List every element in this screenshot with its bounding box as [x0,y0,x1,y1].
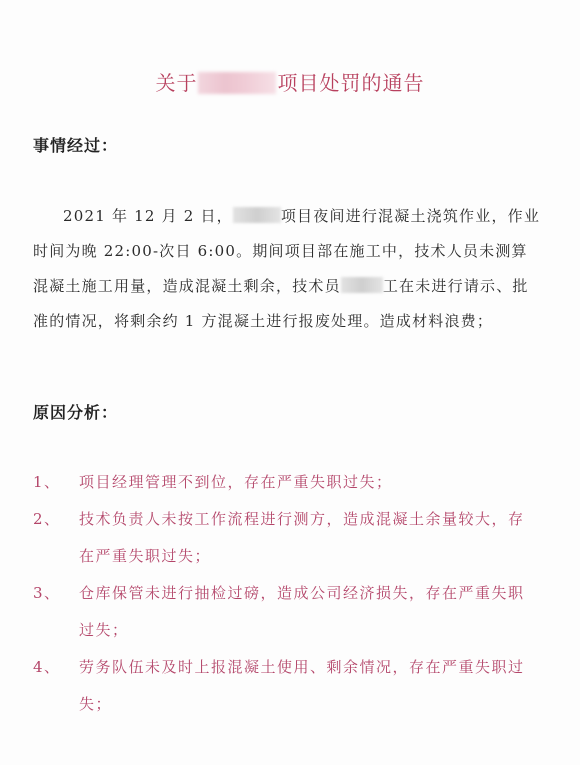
list-item-line: 技术负责人未按工作流程进行测方，造成混凝土余量较大，存 [79,501,563,538]
paragraph-line: 时间为晚 22:00-次日 6:00。期间项目部在施工中，技术人员未测算 [33,234,553,269]
redacted-project-name [233,207,281,223]
redacted-project-name [198,72,276,94]
line-text: 2021 年 12 月 2 日， [63,207,233,225]
list-item-text: 仓库保管未进行抽检过磅，造成公司经济损失，存在严重失职 过失； [79,575,563,649]
list-item-text: 项目经理管理不到位，存在严重失职过失； [79,464,563,501]
list-item-line: 项目经理管理不到位，存在严重失职过失； [79,464,563,501]
list-item-line: 在严重失职过失； [79,538,563,575]
list-item-text: 技术负责人未按工作流程进行测方，造成混凝土余量较大，存 在严重失职过失； [79,501,563,575]
list-item-number: 3、 [33,575,73,612]
list-item: 3、 仓库保管未进行抽检过磅，造成公司经济损失，存在严重失职 过失； [33,575,563,649]
list-item-line: 仓库保管未进行抽检过磅，造成公司经济损失，存在严重失职 [79,575,563,612]
redacted-person-name [341,277,383,293]
list-item: 4、 劳务队伍未及时上报混凝土使用、剩余情况，存在严重失职过 失； [33,649,563,723]
list-item-number: 4、 [33,649,73,686]
list-item-line: 劳务队伍未及时上报混凝土使用、剩余情况，存在严重失职过 [79,649,563,686]
list-item-text: 劳务队伍未及时上报混凝土使用、剩余情况，存在严重失职过 失； [79,649,563,723]
list-item-number: 1、 [33,464,73,501]
title-prefix: 关于 [156,71,198,95]
list-item-number: 2、 [33,501,73,538]
paragraph-line: 混凝土施工用量，造成混凝土剩余，技术员工在未进行请示、批 [33,269,553,304]
line-text: 混凝土施工用量，造成混凝土剩余，技术员 [33,277,341,295]
section-heading-incident: 事情经过： [33,133,118,156]
list-item-line: 过失； [79,612,563,649]
line-text: 项目夜间进行混凝土浇筑作业，作业 [281,207,540,225]
document-title: 关于项目处罚的通告 [0,67,580,96]
paragraph-line: 准的情况，将剩余约 1 方混凝土进行报废处理。造成材料浪费； [33,304,553,339]
list-item: 2、 技术负责人未按工作流程进行测方，造成混凝土余量较大，存 在严重失职过失； [33,501,563,575]
list-item: 1、 项目经理管理不到位，存在严重失职过失； [33,464,563,501]
paragraph-line: 2021 年 12 月 2 日，项目夜间进行混凝土浇筑作业，作业 [33,199,553,234]
list-item-line: 失； [79,686,563,723]
title-suffix: 项目处罚的通告 [278,71,425,95]
section-heading-cause-analysis: 原因分析： [33,400,118,423]
line-text: 工在未进行请示、批 [383,277,529,295]
incident-paragraph: 2021 年 12 月 2 日，项目夜间进行混凝土浇筑作业，作业 时间为晚 22… [33,199,553,339]
cause-list: 1、 项目经理管理不到位，存在严重失职过失； 2、 技术负责人未按工作流程进行测… [33,464,563,723]
document-page: 关于项目处罚的通告 事情经过： 2021 年 12 月 2 日，项目夜间进行混凝… [0,0,580,765]
